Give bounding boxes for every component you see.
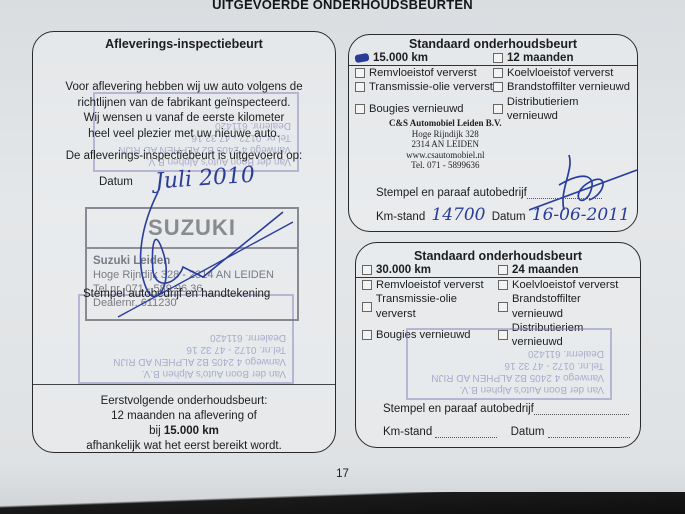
page-title: UITGEVOERDE ONDERHOUDSBEURTEN <box>0 0 685 12</box>
km-label: 30.000 km <box>376 263 431 277</box>
service-1-interval-row: 15.000 km 12 maanden <box>349 51 637 66</box>
months-label: 24 maanden <box>512 263 578 277</box>
date-label: Datum <box>511 426 545 438</box>
service-2-km-date-field: Km-stand Datum <box>383 426 630 438</box>
service-2-interval-row: 30.000 km 24 maanden <box>356 263 640 278</box>
dealer-street: Hoge Rijndijk 328 <box>389 129 502 140</box>
delivery-inspection-panel: Afleverings-inspectiebeurt Van der Boon … <box>32 31 336 453</box>
check-item[interactable]: Remvloeistof ververst <box>355 66 493 80</box>
km-label: 15.000 km <box>373 51 428 65</box>
faded-stamp-line: Tel.nr. 0172 - 47 32 16 <box>86 343 286 355</box>
checkbox-icon[interactable] <box>493 82 503 92</box>
km-stand-value[interactable]: 14700 <box>431 205 485 225</box>
check-label: Transmissie-olie ververst <box>376 292 498 321</box>
stamp-line[interactable] <box>534 414 629 415</box>
checkbox-icon[interactable] <box>498 302 508 312</box>
check-item[interactable]: Transmissie-olie ververst <box>355 80 493 94</box>
check-item[interactable]: Transmissie-olie ververst <box>362 292 498 321</box>
check-item[interactable]: Remvloeistof ververst <box>362 278 498 292</box>
check-label: Transmissie-olie ververst <box>369 80 493 94</box>
next-service-info: Eerstvolgende onderhoudsbeurt: 12 maande… <box>33 394 335 454</box>
check-row: Remvloeistof ververst Koelvloeistof verv… <box>349 66 637 80</box>
cs-dealer-stamp: C&S Automobiel Leiden B.V. Hoge Rijndijk… <box>389 118 502 171</box>
signature-mark <box>103 182 303 322</box>
service-1-km-date-field: Km-stand 14700 Datum 16-06-2011 <box>376 205 633 225</box>
check-label: Remvloeistof ververst <box>369 66 477 80</box>
dealer-name: C&S Automobiel Leiden B.V. <box>389 118 502 129</box>
next-service-km: 15.000 km <box>164 425 219 437</box>
check-item[interactable]: Koelvloeistof ververst <box>498 278 634 292</box>
date-label: Datum <box>492 211 526 223</box>
service-1-months-option[interactable]: 12 maanden <box>493 51 631 65</box>
dealer-website: www.csautomobiel.nl <box>389 150 502 161</box>
intro-text: Voor aflevering hebben wij uw auto volge… <box>33 80 335 142</box>
date-input[interactable] <box>548 437 630 438</box>
service-1-km-option[interactable]: 15.000 km <box>355 51 493 65</box>
check-label: Koelvloeistof ververst <box>512 278 618 292</box>
checkbox-icon[interactable] <box>493 104 503 114</box>
km-stand-label: Km-stand <box>376 211 425 223</box>
check-item[interactable]: Brandstoffilter vernieuwd <box>498 292 634 321</box>
stamp-label: Stempel en paraaf autobedrijf <box>383 403 534 415</box>
page-number: 17 <box>0 468 685 480</box>
section-divider <box>33 384 335 385</box>
next-service-line: 12 maanden na aflevering of <box>33 409 335 424</box>
service-2-heading: Standaard onderhoudsbeurt <box>356 249 640 263</box>
intro-line: Wij wensen u vanaf de eerste kilometer <box>33 111 335 127</box>
check-label: Distributieriem vernieuwd <box>507 95 631 124</box>
done-on-label: De afleverings-inspectiebeurt is uitgevo… <box>33 150 335 162</box>
service-1-stamp-field: Stempel en paraaf autobedrijf <box>376 187 602 199</box>
checkbox-icon[interactable] <box>498 265 508 275</box>
checkbox-icon[interactable] <box>355 104 365 114</box>
stamp-line[interactable] <box>527 198 602 199</box>
page-edge-shadow <box>0 492 685 514</box>
check-item[interactable]: Brandstoffilter vernieuwd <box>493 80 631 94</box>
next-service-line: bij 15.000 km <box>33 424 335 439</box>
faded-stamp-line: Dealernr. 611420 <box>414 347 604 359</box>
checkbox-icon[interactable] <box>362 330 372 340</box>
check-label: Brandstoffilter vernieuwd <box>507 80 630 94</box>
km-stand-label: Km-stand <box>383 426 432 438</box>
dealer-phone: Tel. 071 - 5899636 <box>389 160 502 171</box>
check-row: Transmissie-olie ververst Brandstoffilte… <box>349 80 637 94</box>
checkbox-icon[interactable] <box>362 280 372 290</box>
check-label: Remvloeistof ververst <box>376 278 484 292</box>
checkbox-checked-icon[interactable] <box>354 53 369 63</box>
delivery-inspection-heading: Afleverings-inspectiebeurt <box>33 37 335 51</box>
faded-stamp-line: Van der Boon Auto's Alphen B.V. <box>86 367 286 379</box>
checkbox-icon[interactable] <box>362 302 372 312</box>
service-2-km-option[interactable]: 30.000 km <box>362 263 498 277</box>
next-service-prefix: bij <box>149 425 164 437</box>
check-label: Brandstoffilter vernieuwd <box>512 292 634 321</box>
months-label: 12 maanden <box>507 51 573 65</box>
faded-stamp-line: Dealernr. 611420 <box>86 331 286 343</box>
faded-stamp-line: Vanwego 4 2405 B2 ALPHEN AD RIJN <box>86 355 286 367</box>
stamp-label: Stempel en paraaf autobedrijf <box>376 187 527 199</box>
service-2-months-option[interactable]: 24 maanden <box>498 263 634 277</box>
checkbox-icon[interactable] <box>355 68 365 78</box>
dealer-city: 2314 AN LEIDEN <box>389 139 502 150</box>
km-stand-input[interactable] <box>435 437 497 438</box>
faded-stamp-line: Vanwego 4 2405 B2 ALPHEN AD RIJN <box>414 371 604 383</box>
next-service-line: afhankelijk wat het eerst bereikt wordt. <box>33 439 335 454</box>
next-service-line: Eerstvolgende onderhoudsbeurt: <box>33 394 335 409</box>
intro-line: Voor aflevering hebben wij uw auto volge… <box>33 80 335 96</box>
service-2-panel: Standaard onderhoudsbeurt 30.000 km 24 m… <box>355 242 641 448</box>
intro-line: heel veel plezier met uw nieuwe auto. <box>33 127 335 143</box>
checkbox-icon[interactable] <box>498 280 508 290</box>
checkbox-icon[interactable] <box>355 82 365 92</box>
faded-stamp-line: Van der Boon Auto's Alphen B.V. <box>414 383 604 395</box>
checkbox-icon[interactable] <box>362 265 372 275</box>
check-label: Koelvloeistof ververst <box>507 66 613 80</box>
check-row: Transmissie-olie ververst Brandstoffilte… <box>356 292 640 321</box>
intro-line: richtlijnen van de fabrikant geïnspectee… <box>33 96 335 112</box>
checkbox-icon[interactable] <box>493 53 503 63</box>
check-label: Bougies vernieuwd <box>369 102 464 116</box>
faded-stamp-line: Tel.nr. 0172 - 47 32 16 <box>414 359 604 371</box>
service-1-heading: Standaard onderhoudsbeurt <box>349 37 637 51</box>
faded-dealer-stamp: Van der Boon Auto's Alphen B.V. Vanwego … <box>406 328 612 400</box>
check-item[interactable]: Koelvloeistof ververst <box>493 66 631 80</box>
check-item[interactable]: Distributieriem vernieuwd <box>493 95 631 124</box>
date-value[interactable]: 16-06-2011 <box>532 205 630 225</box>
service-1-panel: Standaard onderhoudsbeurt 15.000 km 12 m… <box>348 34 638 232</box>
service-2-stamp-field: Stempel en paraaf autobedrijf <box>383 403 629 415</box>
checkbox-icon[interactable] <box>493 68 503 78</box>
check-row: Remvloeistof ververst Koelvloeistof verv… <box>356 278 640 292</box>
